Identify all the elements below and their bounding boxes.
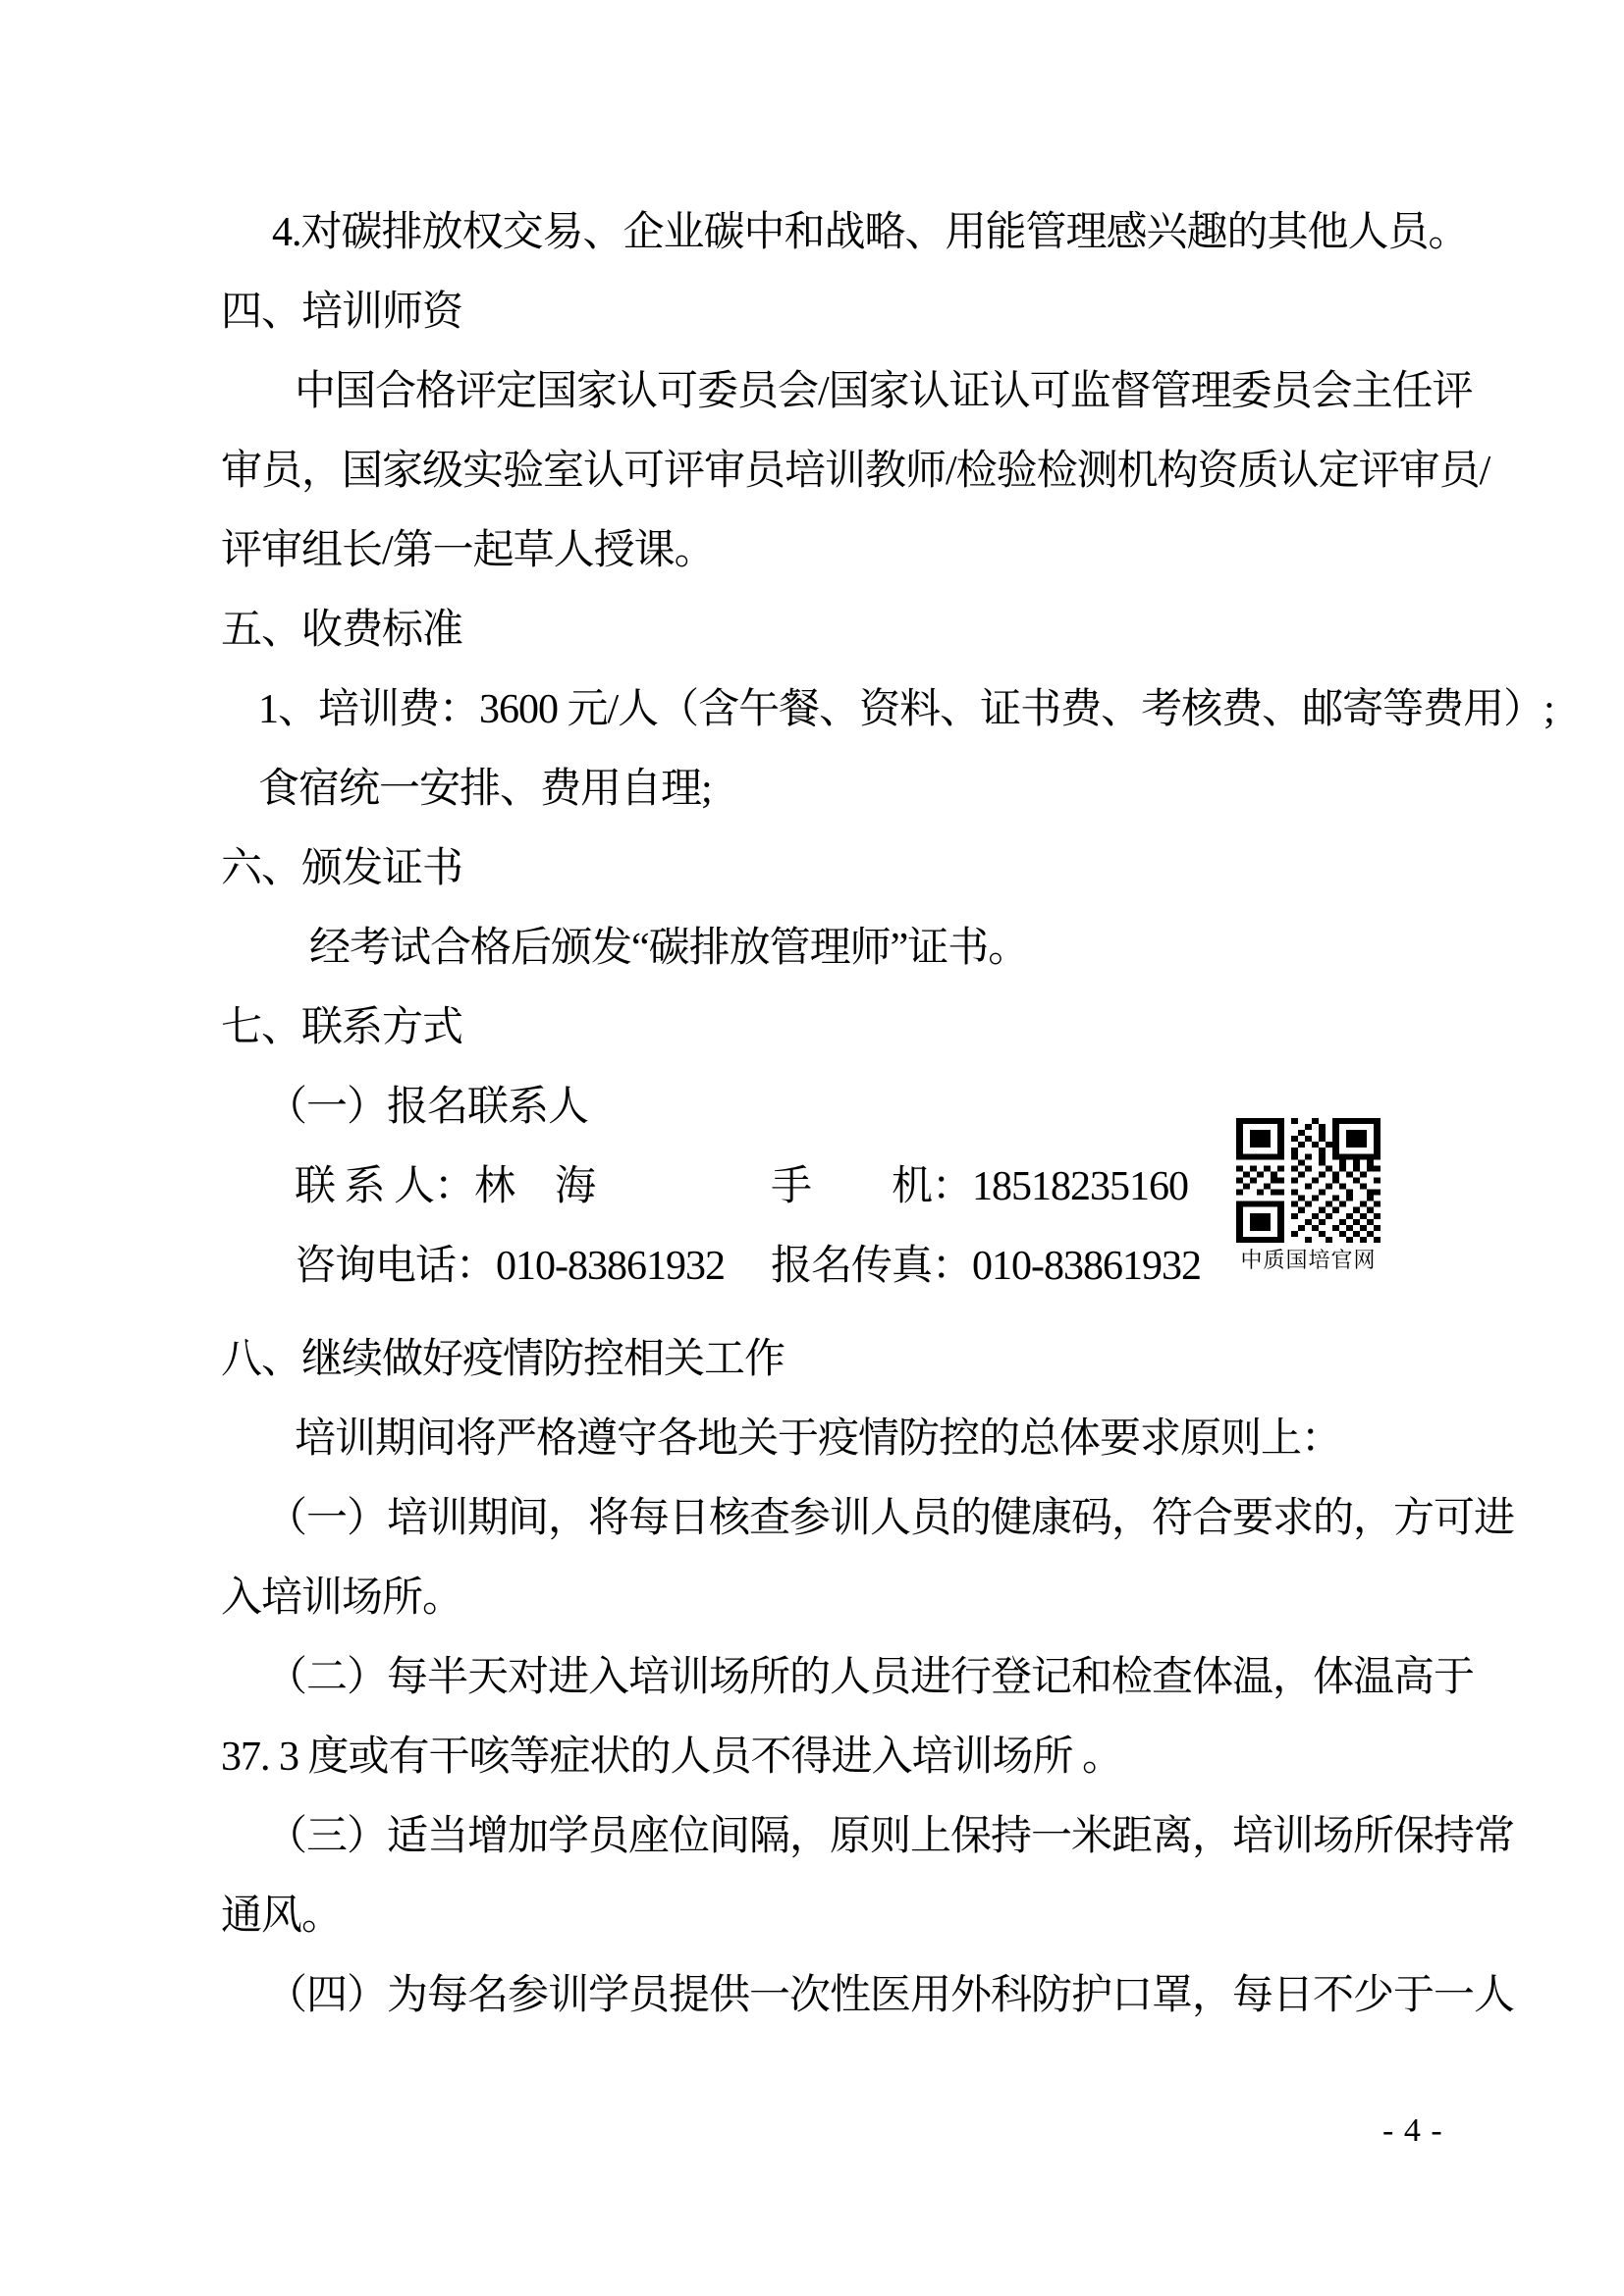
document-page: 4.对碳排放权交易、企业碳中和战略、用能管理感兴趣的其他人员。 四、培训师资 中… xyxy=(0,0,1624,2296)
section5-fee-line2: 食宿统一安排、费用自理; xyxy=(221,750,1478,829)
section8-item1-line1: （一）培训期间，将每日核查参训人员的健康码，符合要求的，方可进 xyxy=(221,1479,1478,1559)
section8-item3-line2: 通风。 xyxy=(221,1877,1478,1956)
section-heading-4: 四、培训师资 xyxy=(221,273,1478,352)
section8-paragraph: 培训期间将严格遵守各地关于疫情防控的总体要求原则上： xyxy=(221,1400,1478,1479)
section8-item3-line1: （三）适当增加学员座位间隔，原则上保持一米距离，培训场所保持常 xyxy=(221,1797,1478,1877)
page-number: - 4 - xyxy=(1382,2112,1443,2150)
contact-mobile: 手 机：18518235160 xyxy=(771,1148,1188,1227)
contact-name: 联 系 人：林 海 xyxy=(295,1164,595,1209)
section8-item1-line2: 入培训场所。 xyxy=(221,1559,1478,1638)
section4-paragraph-line2: 审员，国家级实验室认可评审员培训教师/检验检测机构资质认定评审员/ xyxy=(221,432,1478,511)
section-heading-7: 七、联系方式 xyxy=(221,988,1478,1068)
qr-code xyxy=(1236,1118,1380,1243)
document-body: 4.对碳排放权交易、企业碳中和战略、用能管理感兴趣的其他人员。 四、培训师资 中… xyxy=(221,193,1478,2036)
section8-item2-line1: （二）每半天对进入培训场所的人员进行登记和检查体温，体温高于 xyxy=(221,1638,1478,1718)
paragraph-intro-item4: 4.对碳排放权交易、企业碳中和战略、用能管理感兴趣的其他人员。 xyxy=(221,193,1478,273)
contact-phone: 咨询电话：010-83861932 xyxy=(295,1244,725,1289)
section8-item4-line1: （四）为每名参训学员提供一次性医用外科防护口罩，每日不少于一人 xyxy=(221,1956,1478,2036)
section4-paragraph-line1: 中国合格评定国家认可委员会/国家认证认可监督管理委员会主任评 xyxy=(221,352,1478,432)
section8-item2-line2: 37. 3 度或有干咳等症状的人员不得进入培训场所 。 xyxy=(221,1718,1478,1797)
section-heading-8: 八、继续做好疫情防控相关工作 xyxy=(221,1320,1478,1400)
section-heading-5: 五、收费标准 xyxy=(221,591,1478,670)
section5-fee-line1: 1、培训费：3600 元/人（含午餐、资料、证书费、考核费、邮寄等费用）; xyxy=(221,670,1478,750)
section-heading-6: 六、颁发证书 xyxy=(221,829,1478,909)
section4-paragraph-line3: 评审组长/第一起草人授课。 xyxy=(221,511,1478,591)
qr-code-block: 中质国培官网 xyxy=(1236,1118,1380,1274)
section6-paragraph: 经考试合格后颁发“碳排放管理师”证书。 xyxy=(221,909,1478,988)
contact-fax: 报名传真：010-83861932 xyxy=(771,1227,1201,1307)
qr-caption: 中质国培官网 xyxy=(1236,1247,1380,1274)
